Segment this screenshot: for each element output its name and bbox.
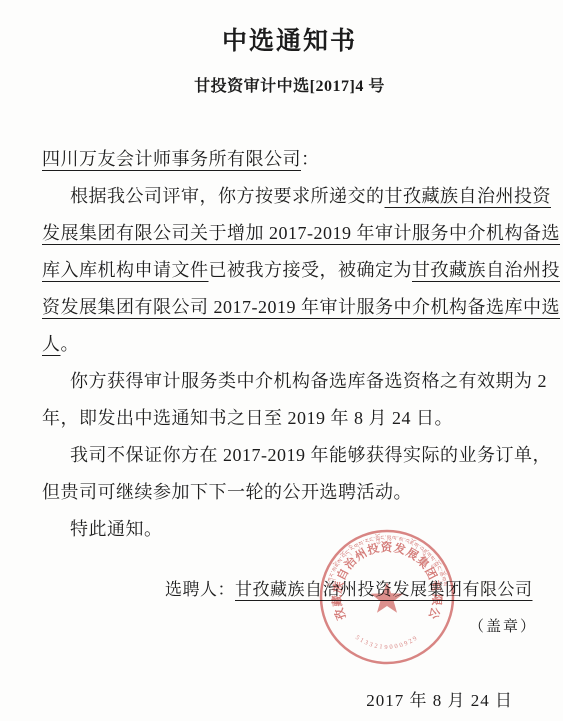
date-line: 2017 年 8 月 24 日 — [42, 682, 513, 719]
text-segment: 我司不保证你方在 2017-2019 年能够获得实际的业务订单， — [70, 445, 551, 465]
body-line: 年，即发出中选通知书之日至 2019 年 8 月 24 日。 — [42, 400, 537, 437]
body-line: 但贵司可继续参加下下一轮的公开选聘活动。 — [42, 474, 537, 511]
text-segment: 你方获得审计服务类中介机构备选库备选资格之有效期为 2 — [70, 371, 547, 391]
body-line: 人。 — [42, 326, 537, 363]
body-line: 资发展集团有限公司 2017-2019 年审计服务中介机构备选库中选 — [42, 289, 537, 326]
body-line: 我司不保证你方在 2017-2019 年能够获得实际的业务订单， — [42, 437, 537, 474]
text-segment: 已被我方接受，被确定为 — [209, 260, 413, 280]
text-segment-underlined: 甘孜藏族自治州投 — [412, 260, 560, 280]
text-segment-underlined: 甘孜藏族自治州投资 — [385, 186, 552, 206]
body-line: 发展集团有限公司关于增加 2017-2019 年审计服务中介机构备选 — [42, 215, 537, 252]
body-line: 库入库机构申请文件已被我方接受，被确定为甘孜藏族自治州投 — [42, 252, 537, 289]
body-line: 你方获得审计服务类中介机构备选库备选资格之有效期为 2 — [42, 363, 537, 400]
letter-body: 四川万友会计师事务所有限公司： 根据我公司评审，你方按要求所递交的甘孜藏族自治州… — [42, 141, 537, 548]
text-segment-underlined: 人 — [42, 334, 61, 354]
signer-company-name: 甘孜藏族自治州投资发展集团有限公司 — [235, 580, 533, 599]
document-number: 甘投资审计中选[2017]4 号 — [42, 76, 537, 98]
stamp-note: （盖章） — [42, 612, 537, 642]
body-line: 特此通知。 — [42, 511, 537, 548]
addressee-colon: ： — [301, 149, 320, 169]
text-segment-underlined: 库入库机构申请文件 — [42, 260, 209, 280]
text-segment-underlined: 发展集团有限公司关于增加 2017-2019 年审计服务中介机构备选 — [42, 223, 560, 243]
text-segment: 。 — [61, 334, 80, 354]
text-segment: 特此通知。 — [70, 519, 163, 539]
text-segment: 年，即发出中选通知书之日至 2019 年 8 月 24 日。 — [42, 408, 453, 428]
body-line: 根据我公司评审，你方按要求所递交的甘孜藏族自治州投资 — [42, 178, 537, 215]
text-segment: 但贵司可继续参加下下一轮的公开选聘活动。 — [42, 482, 412, 502]
text-segment: 根据我公司评审，你方按要求所递交的 — [70, 186, 385, 206]
scanned-letter-page: 中选通知书 甘投资审计中选[2017]4 号 四川万友会计师事务所有限公司： 根… — [0, 0, 563, 721]
text-segment-underlined: 资发展集团有限公司 2017-2019 年审计服务中介机构备选库中选 — [42, 297, 560, 317]
addressee-line: 四川万友会计师事务所有限公司： — [42, 141, 537, 178]
signer-label: 选聘人： — [165, 580, 235, 599]
document-title: 中选通知书 — [42, 28, 537, 56]
addressee-name: 四川万友会计师事务所有限公司 — [42, 149, 301, 169]
signer-line: 选聘人：甘孜藏族自治州投资发展集团有限公司 — [165, 571, 537, 608]
